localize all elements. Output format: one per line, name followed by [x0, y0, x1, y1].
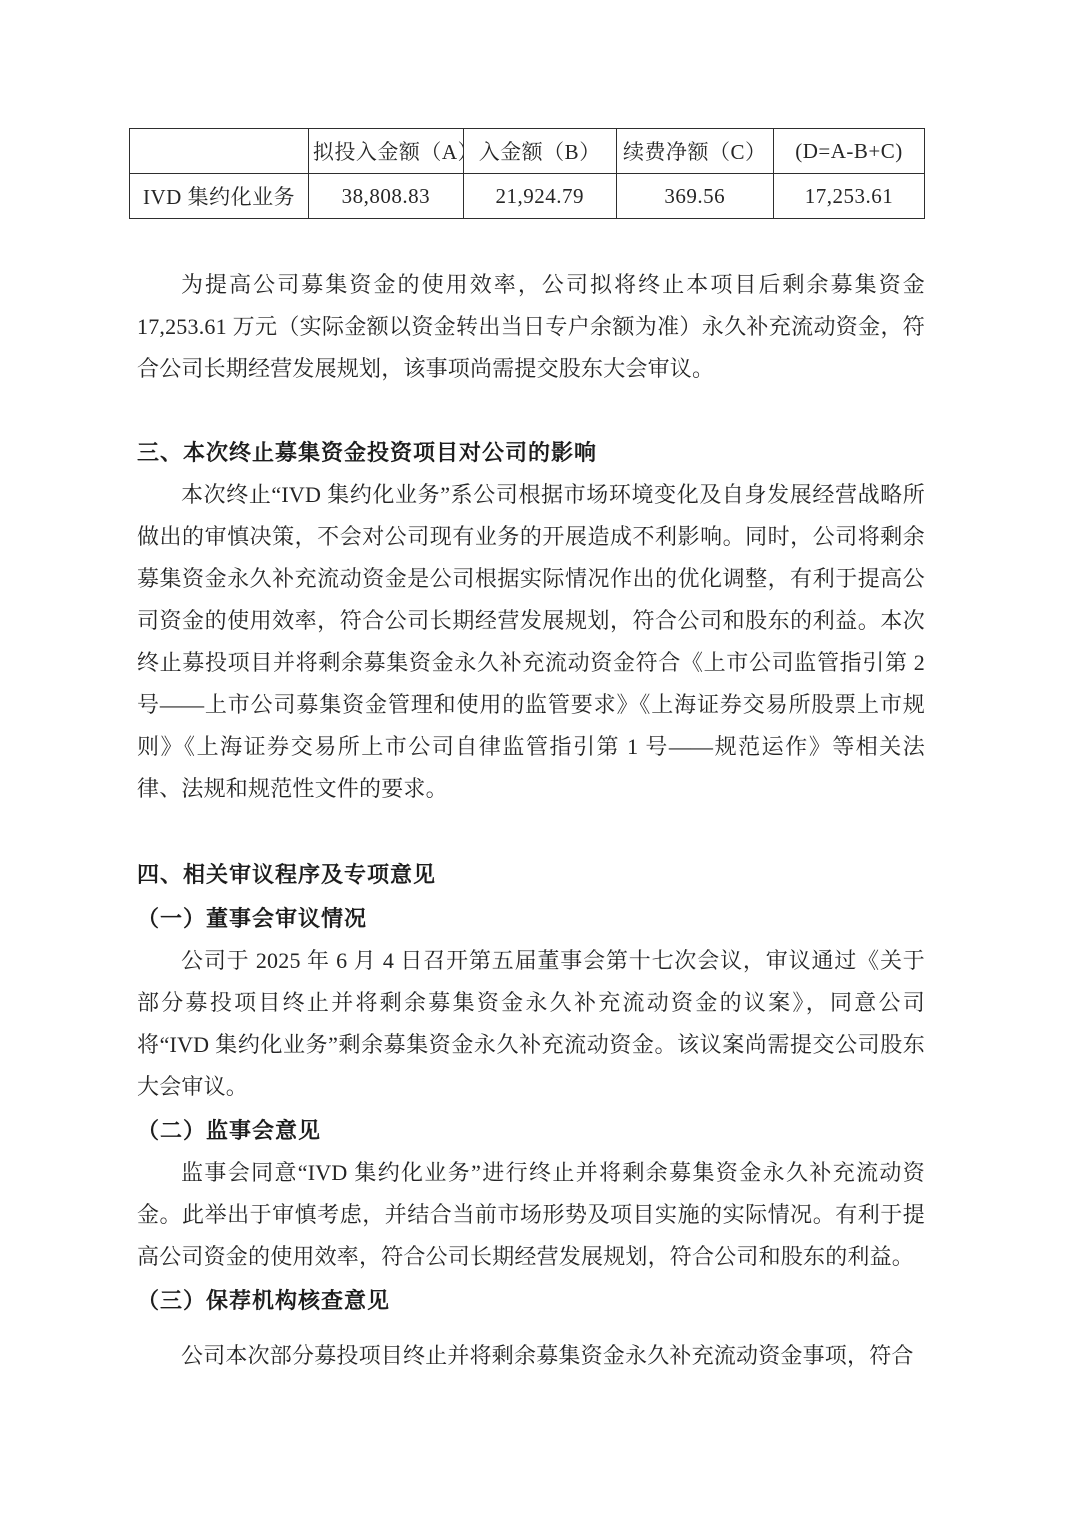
subheading-supervisory-opinion: （二）监事会意见 [137, 1110, 925, 1152]
document-page: 拟投入金额（A） 入金额（B） 续费净额（C） (D=A-B+C) IVD 集约… [0, 0, 1080, 1527]
table-header-formula: (D=A-B+C) [773, 129, 924, 174]
subheading-sponsor-opinion: （三）保荐机构核查意见 [137, 1280, 925, 1322]
heading-section-4-procedures: 四、相关审议程序及专项意见 [137, 854, 925, 896]
heading-section-3-impact: 三、本次终止募集资金投资项目对公司的影响 [137, 432, 925, 474]
table-row-ivd-business: IVD 集约化业务 38,808.83 21,924.79 369.56 17,… [130, 174, 925, 219]
table-cell-invested-amount: 21,924.79 [463, 174, 616, 219]
table-cell-net-fee: 369.56 [616, 174, 773, 219]
paragraph-fund-usage: 为提高公司募集资金的使用效率，公司拟将终止本项目后剩余募集资金 17,253.6… [137, 264, 925, 390]
paragraph-sponsor-opinion: 公司本次部分募投项目终止并将剩余募集资金永久补充流动资金事项，符合 [137, 1335, 925, 1377]
table-header-planned-investment: 拟投入金额（A） [308, 129, 463, 174]
table-cell-project-name: IVD 集约化业务 [130, 174, 309, 219]
paragraph-impact-on-company: 本次终止“IVD 集约化业务”系公司根据市场环境变化及自身发展经营战略所做出的审… [137, 474, 925, 810]
subheading-board-review: （一）董事会审议情况 [137, 898, 925, 940]
table-header-net-fee: 续费净额（C） [616, 129, 773, 174]
table-header-project-blank [130, 129, 309, 174]
table-header-invested-amount: 入金额（B） [463, 129, 616, 174]
fundraising-project-table: 拟投入金额（A） 入金额（B） 续费净额（C） (D=A-B+C) IVD 集约… [129, 128, 925, 219]
table-header-row: 拟投入金额（A） 入金额（B） 续费净额（C） (D=A-B+C) [130, 129, 925, 174]
table-cell-planned-investment: 38,808.83 [308, 174, 463, 219]
paragraph-board-review: 公司于 2025 年 6 月 4 日召开第五届董事会第十七次会议，审议通过《关于… [137, 940, 925, 1108]
table-cell-remaining-amount: 17,253.61 [773, 174, 924, 219]
paragraph-supervisory-opinion: 监事会同意“IVD 集约化业务”进行终止并将剩余募集资金永久补充流动资金。此举出… [137, 1152, 925, 1278]
